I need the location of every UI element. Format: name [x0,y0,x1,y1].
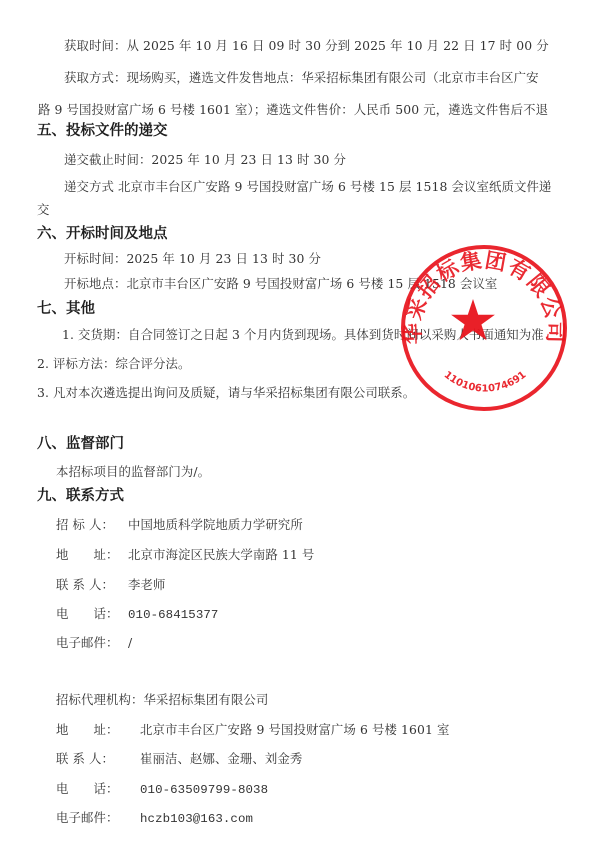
submission-method-line1: 递交方式 北京市丰台区广安路 9 号国投财富广场 6 号楼 15 层 1518 … [64,177,551,195]
agency-contact-row: 联 系 人：崔丽洁、赵娜、金珊、刘金秀 [56,749,302,767]
tenderer-phone-row: 电 话：010-68415377 [56,604,218,622]
agency-org-value: 华采招标集团有限公司 [143,692,268,707]
acquire-time: 获取时间：从 2025 年 10 月 16 日 09 时 30 分到 2025 … [64,36,549,54]
agency-address-row: 地 址：北京市丰台区广安路 9 号国投财富广场 6 号楼 1601 室 [56,720,449,738]
acquire-method-line2: 路 9 号国投财富广场 6 号楼 1601 室）；遴选文件售价：人民币 500 … [38,100,548,118]
agency-phone-label: 电 话： [56,779,140,797]
agency-contact-label: 联 系 人： [56,749,140,767]
section-heading-other: 七、其他 [37,297,95,318]
agency-address-value: 北京市丰台区广安路 9 号国投财富广场 6 号楼 1601 室 [140,722,449,737]
tenderer-address-row: 地 址：北京市海淀区民族大学南路 11 号 [56,545,314,563]
seal-code: 1101061074691 [442,369,529,394]
section-heading-opening: 六、开标时间及地点 [37,222,168,243]
agency-org-row: 招标代理机构：华采招标集团有限公司 [56,690,268,708]
opening-time: 开标时间：2025 年 10 月 23 日 13 时 30 分 [64,249,321,267]
tenderer-contact-label: 联 系 人： [56,575,128,593]
tenderer-contact-row: 联 系 人：李老师 [56,575,165,593]
tenderer-email-value: / [128,635,132,650]
supervision-text: 本招标项目的监督部门为/。 [56,462,210,480]
agency-org-label: 招标代理机构： [56,692,143,707]
tenderer-contact-value: 李老师 [128,577,165,592]
tenderer-phone-label: 电 话： [56,604,128,622]
other-item-3: 3. 凡对本次遴选提出询问及质疑，请与华采招标集团有限公司联系。 [37,383,415,401]
tenderer-org-label: 招 标 人： [56,515,128,533]
agency-email-value: hczb103@163.com [140,812,253,826]
agency-phone-value: 010-63509799-8038 [140,783,268,797]
section-heading-supervision: 八、监督部门 [37,432,124,453]
submission-deadline: 递交截止时间：2025 年 10 月 23 日 13 时 30 分 [64,150,346,168]
tenderer-email-row: 电子邮件：/ [56,633,132,651]
agency-phone-row: 电 话：010-63509799-8038 [56,779,268,797]
agency-email-row: 电子邮件：hczb103@163.com [56,808,253,826]
tenderer-org-value: 中国地质科学院地质力学研究所 [128,517,303,532]
opening-place: 开标地点：北京市丰台区广安路 9 号国投财富广场 6 号楼 15 层 1518 … [64,274,497,292]
agency-email-label: 电子邮件： [56,808,140,826]
section-heading-contact: 九、联系方式 [37,484,124,505]
agency-address-label: 地 址： [56,720,140,738]
tenderer-email-label: 电子邮件： [56,633,128,651]
agency-contact-value: 崔丽洁、赵娜、金珊、刘金秀 [140,751,302,766]
other-item-1: 1. 交货期：自合同签订之日起 3 个月内货到现场。具体到货时间以采购人书面通知… [62,325,544,343]
tenderer-address-value: 北京市海淀区民族大学南路 11 号 [128,547,314,562]
tenderer-phone-value: 010-68415377 [128,608,218,622]
tenderer-address-label: 地 址： [56,545,128,563]
acquire-method-line1: 获取方式：现场购买，遴选文件发售地点：华采招标集团有限公司（北京市丰台区广安 [64,68,539,86]
tenderer-org-row: 招 标 人：中国地质科学院地质力学研究所 [56,515,303,533]
submission-method-line2: 交 [37,200,50,218]
other-item-2: 2. 评标方法：综合评分法。 [37,354,190,372]
section-heading-submission: 五、投标文件的递交 [37,119,168,140]
